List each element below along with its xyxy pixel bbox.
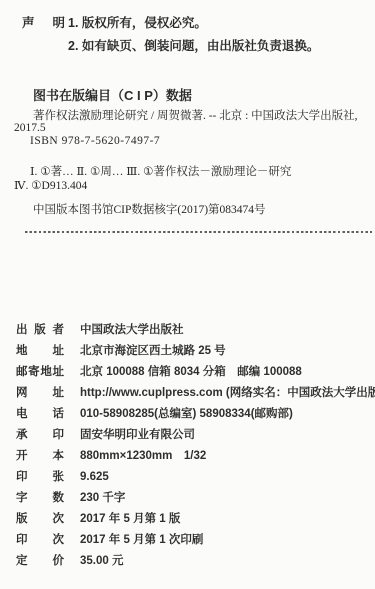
colophon-row: 版次 2017 年 5 月第 1 版: [16, 509, 372, 530]
colophon-row: 承印 固安华明印业有限公司: [16, 425, 372, 446]
colophon-row: 定价 35.00 元: [16, 551, 372, 572]
colophon-value: 35.00 元: [80, 551, 123, 572]
colophon-value: 2017 年 5 月第 1 次印刷: [80, 530, 203, 551]
colophon-label: 电话: [16, 404, 64, 425]
cip-registry-line: 中国版本图书馆CIP数据核字(2017)第083474号: [33, 201, 266, 217]
colophon-label: 印次: [16, 530, 64, 551]
colophon-row: 字数 230 千字: [16, 488, 372, 509]
colophon-value: 固安华明印业有限公司: [80, 425, 195, 446]
cip-classification-line-2: Ⅳ. ①D913.404: [14, 178, 87, 192]
colophon: 出版者 中国政法大学出版社 地址 北京市海淀区西土城路 25 号 邮寄地址 北京…: [16, 320, 372, 572]
colophon-row: 印次 2017 年 5 月第 1 次印刷: [16, 530, 372, 551]
colophon-row: 邮寄地址 北京 100088 信箱 8034 分箱 邮编 100088: [16, 362, 372, 383]
colophon-row: 开本 880mm×1230mm 1/32: [16, 446, 372, 467]
copyright-page: 声明 1. 版权所有，侵权必究。 2. 如有缺页、倒装问题，由出版社负责退换。 …: [0, 0, 375, 589]
cip-classification-line-1: Ⅰ. ①著… Ⅱ. ①周… Ⅲ. ①著作权法－激励理论－研究: [30, 163, 291, 179]
colophon-value: 880mm×1230mm 1/32: [80, 446, 206, 467]
colophon-row: 地址 北京市海淀区西土城路 25 号: [16, 341, 372, 362]
colophon-value: 北京 100088 信箱 8034 分箱 邮编 100088: [80, 362, 302, 383]
colophon-value: http://www.cuplpress.com (网络实名：中国政法大学出版社…: [80, 383, 375, 404]
cip-isbn-line: ISBN 978-7-5620-7497-7: [30, 135, 160, 147]
colophon-value: 010-58908285(总编室) 58908334(邮购部): [80, 404, 293, 425]
notice-item-1: 1. 版权所有，侵权必究。: [68, 13, 207, 31]
colophon-value: 230 千字: [80, 488, 125, 509]
colophon-label: 开本: [16, 446, 64, 467]
cip-year-line: 2017.5: [14, 122, 46, 134]
colophon-row: 电话 010-58908285(总编室) 58908334(邮购部): [16, 404, 372, 425]
colophon-value: 北京市海淀区西土城路 25 号: [80, 341, 226, 362]
colophon-label: 定价: [16, 551, 64, 572]
colophon-row: 印张 9.625: [16, 467, 372, 488]
colophon-label: 网址: [16, 383, 64, 404]
colophon-value: 9.625: [80, 467, 109, 488]
colophon-label: 字数: [16, 488, 64, 509]
notice-heading: 声明: [22, 13, 65, 31]
colophon-value: 2017 年 5 月第 1 版: [80, 509, 180, 530]
cip-heading: 图书在版编目（C I P）数据: [33, 85, 192, 104]
colophon-label: 出版者: [16, 320, 64, 341]
notice-item-2: 2. 如有缺页、倒装问题，由出版社负责退换。: [68, 36, 319, 54]
colophon-label: 承印: [16, 425, 64, 446]
dashed-divider: [25, 231, 372, 233]
colophon-value: 中国政法大学出版社: [80, 320, 184, 341]
colophon-label: 版次: [16, 509, 64, 530]
colophon-label: 地址: [16, 341, 64, 362]
colophon-label: 印张: [16, 467, 64, 488]
colophon-label: 邮寄地址: [16, 362, 64, 383]
colophon-row: 网址 http://www.cuplpress.com (网络实名：中国政法大学…: [16, 383, 372, 404]
colophon-row: 出版者 中国政法大学出版社: [16, 320, 372, 341]
cip-title-line: 著作权法激励理论研究 / 周贺微著. -- 北京 : 中国政法大学出版社,: [33, 107, 358, 123]
